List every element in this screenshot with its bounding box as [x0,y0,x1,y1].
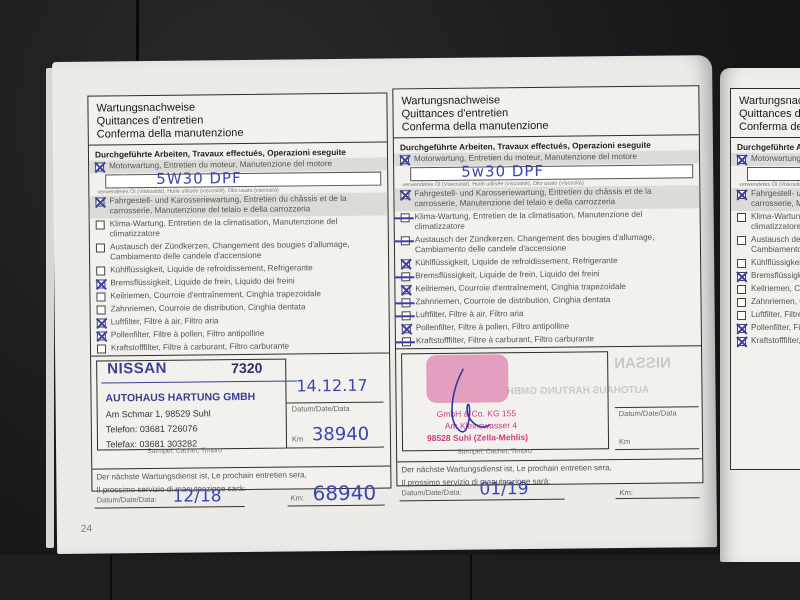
oil-field[interactable] [747,167,800,181]
service-record-3-partial: Wartungsnachweise Quittances d'entretien… [730,88,800,470]
work-item-label: Keilriemen, Courroie d'entraînement, Cin… [751,284,800,294]
work-item-label: Austausch der Zündkerzen, Changement des… [751,235,800,255]
work-item-label: Zahnriemen, Courroie de distribution, Ci… [111,302,306,314]
checkbox[interactable] [97,331,106,340]
checkbox[interactable] [737,337,746,346]
work-item: Klima-Wartung, Entretien de la climatisa… [90,215,388,241]
next-km-label: Km: [619,488,632,497]
next-date: 12/18 [172,486,221,507]
checkbox[interactable] [737,272,746,281]
work-items: Motorwartung, Entretien du moteur, Manut… [394,150,701,348]
work-item: Pollenfilter, Filtre à pollen, Filtro an… [731,322,800,335]
dealer-address: Am Schmar 1, 98529 Suhl [106,408,211,419]
work-item-label: Kraftstofffilter, Filtre à carburant, Fi… [751,336,800,346]
work-item: Luftfilter, Filtre à air, Filtro aria [731,309,800,322]
section-title: Durchgeführte Arbeiten, Travaux effectué… [731,138,800,153]
header-fr: Quittances d'entretien [739,108,800,121]
next-date: 01/19 [479,479,528,500]
work-item: Austausch der Zündkerzen, Changement des… [395,231,700,257]
checkbox[interactable] [97,344,106,353]
next-page-partial: Wartungsnachweise Quittances d'entretien… [720,68,800,562]
work-item: Austausch der Zündkerzen, Changement des… [731,234,800,257]
dealer-phone: Telefon: 03681 726076 [106,423,198,434]
header-de: Wartungsnachweise [739,95,800,108]
checkbox[interactable] [737,298,746,307]
work-item-label: Austausch der Zündkerzen, Changement des… [110,240,382,263]
card-header: Wartungsnachweise Quittances d'entretien… [393,86,698,138]
checkbox[interactable] [97,318,106,327]
service-record-1: Wartungsnachweise Quittances d'entretien… [87,92,391,491]
work-item-label: Klima-Wartung, Entretien de la climatisa… [415,209,694,232]
checkbox[interactable] [737,213,746,222]
work-item-label: Kraftstofffilter, Filtre à carburant, Fi… [416,334,594,346]
checkbox[interactable] [737,324,746,333]
work-item: Keilriemen, Courroie d'entraînement, Cin… [731,283,800,296]
work-item-label: Bremsflüssigkeit, Liquide de frein, Liqu… [110,276,294,288]
card-header: Wartungsnachweise Quittances d'entretien… [731,89,800,138]
checkbox[interactable] [402,337,411,346]
next-date-label: Datum/Date/Data: [97,495,157,505]
work-item-label: Bremsflüssigkeit, Liquide de frein, Liqu… [415,269,599,281]
service-record-2: Wartungsnachweise Quittances d'entretien… [392,85,703,486]
oil-field[interactable]: 5W30 DPF [105,172,381,189]
work-item-label: Motorwartung, Entretien du moteur, Manut… [751,154,800,164]
date-label: Datum/Date/Data [292,404,350,414]
service-booklet: Wartungsnachweise Quittances d'entretien… [52,56,800,558]
work-item-label: Kühlflüssigkeit, Liquide de refroidissem… [751,258,800,268]
work-item: Kühlflüssigkeit, Liquide de refroidissem… [731,257,800,270]
checkbox[interactable] [402,311,411,320]
table-surface-bottom [0,555,800,600]
work-item-label: Keilriemen, Courroie d'entraînement, Cin… [415,282,626,294]
next-date-label: Datum/Date/Data: [401,488,461,498]
checkbox[interactable] [95,197,104,206]
checkbox[interactable] [401,272,410,281]
checkbox[interactable] [96,243,105,252]
checkbox[interactable] [401,236,410,245]
work-item: Kraftstofffilter, Filtre à carburant, Fi… [731,335,800,348]
work-item-label: Fahrgestell- und Karosseriewartung, Entr… [751,189,800,209]
work-item: Fahrgestell- und Karosseriewartung, Entr… [394,185,699,211]
work-item-label: Zahnriemen, Courroie de distribution, Ci… [415,295,610,307]
signature [441,360,502,441]
checkbox[interactable] [737,259,746,268]
checkbox[interactable] [96,266,105,275]
work-items: Motorwartung, Entretien du moteur, Manut… [89,157,389,355]
work-item-label: Zahnriemen, Courroie de distribution, Ci… [751,297,800,307]
work-item-label: Kraftstofffilter, Filtre à carburant, Fi… [111,342,289,354]
ghost-brand: NISSAN [614,355,671,373]
work-item: Zahnriemen, Courroie de distribution, Ci… [731,296,800,309]
date-label: Datum/Date/Data [619,408,677,418]
work-item: Austausch der Zündkerzen, Changement des… [90,238,388,264]
work-item: Klima-Wartung, Entretien de la climatisa… [395,208,700,234]
work-item-label: Pollenfilter, Filtre à pollen, Filtro an… [416,322,569,334]
stamp-caption: Stempel, Cachet, Timbro [457,448,532,456]
checkbox[interactable] [737,236,746,245]
checkbox[interactable] [401,213,410,222]
checkbox[interactable] [737,285,746,294]
checkbox[interactable] [96,279,105,288]
checkbox[interactable] [737,311,746,320]
header-it: Conferma della manutenzione [739,121,800,134]
next-km-label: Km: [291,493,304,502]
work-item-label: Klima-Wartung, Entretien de la climatisa… [751,212,800,232]
checkbox[interactable] [400,155,409,164]
work-item-label: Kühlflüssigkeit, Liquide de refroidissem… [110,263,313,275]
work-item-label: Bremsflüssigkeit, Liquide de frein, Liqu… [751,271,800,281]
work-item-label: Luftfilter, Filtre à air, Filtro aria [751,310,800,320]
km-label: Km [292,434,303,443]
stamp-caption: Stempel, Cachet, Timbro [147,447,222,455]
stamp-area: NISSAN AUTOHAUS HARTUNG GMBH GmbH & Co. … [396,345,702,461]
work-item-label: Keilriemen, Courroie d'entraînement, Cin… [110,289,321,301]
checkbox[interactable] [96,220,105,229]
dealer-brand: NISSAN [107,360,167,378]
km-label: Km [619,437,630,446]
work-item-label: Fahrgestell- und Karosseriewartung, Entr… [414,186,693,209]
dealer-code: 7320 [231,360,262,376]
work-item: Fahrgestell- und Karosseriewartung, Entr… [89,192,387,218]
checkbox[interactable] [401,285,410,294]
next-km: 68940 [312,481,376,506]
oil-field[interactable]: 5w30 DPF [410,164,693,181]
next-service: Der nächste Wartungsdienst ist, Le proch… [92,465,390,513]
header-it: Conferma della manutenzione [97,126,379,142]
checkbox[interactable] [737,155,746,164]
booklet-spread: Wartungsnachweise Quittances d'entretien… [52,55,717,554]
card-header: Wartungsnachweise Quittances d'entretien… [88,94,386,146]
checkbox[interactable] [401,259,410,268]
work-item-label: Luftfilter, Filtre à air, Filtro aria [416,309,524,320]
checkbox[interactable] [737,190,746,199]
work-item-label: Pollenfilter, Filtre à pollen, Filtro an… [751,323,800,333]
checkbox[interactable] [400,190,409,199]
service-km: 38940 [312,424,369,446]
work-item: Motorwartung, Entretien du moteur, Manut… [731,153,800,166]
work-item: Klima-Wartung, Entretien de la climatisa… [731,211,800,234]
dealer-name: AUTOHAUS HARTUNG GMBH [105,391,255,405]
work-item-label: Luftfilter, Filtre à air, Filtro aria [111,316,219,327]
service-date: 14.12.17 [296,376,367,396]
oil-caption: verwendetes Öl (Viskosität), Huile utili… [731,181,800,188]
work-items: Motorwartung, Entretien du moteur, Manut… [731,153,800,348]
checkbox[interactable] [97,305,106,314]
work-item-label: Kühlflüssigkeit, Liquide de refroidissem… [415,256,618,268]
checkbox[interactable] [402,324,411,333]
next-service: Der nächste Wartungsdienst ist, Le proch… [397,458,702,506]
work-item-label: Klima-Wartung, Entretien de la climatisa… [110,217,382,240]
work-item-label: Fahrgestell- und Karosseriewartung, Entr… [109,194,381,217]
checkbox[interactable] [96,292,105,301]
header-it: Conferma della manutenzione [402,118,691,134]
work-item-label: Austausch der Zündkerzen, Changement des… [415,232,694,255]
work-item-label: Pollenfilter, Filtre à pollen, Filtro an… [111,329,264,341]
oil-value: 5W30 DPF [156,169,242,188]
stamp-area: NISSAN 7320 AUTOHAUS HARTUNG GMBH Am Sch… [91,352,390,468]
page-number: 24 [81,524,92,535]
work-item: Fahrgestell- und Karosseriewartung, Entr… [731,188,800,211]
checkbox[interactable] [95,162,104,171]
oil-value: 5w30 DPF [461,162,544,181]
checkbox[interactable] [401,298,410,307]
work-item: Bremsflüssigkeit, Liquide de frein, Liqu… [731,270,800,283]
